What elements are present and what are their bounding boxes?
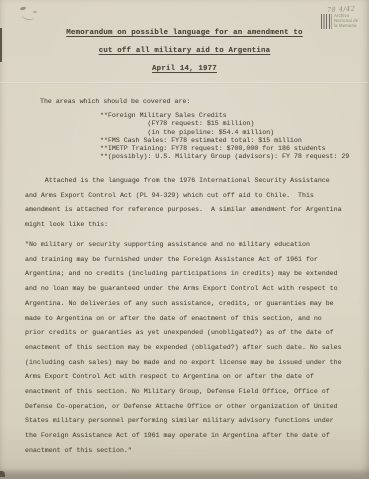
archive-stamp-text: Archivo Nacional de la Memoria <box>334 14 358 29</box>
archive-stamp: Archivo Nacional de la Memoria <box>321 14 358 29</box>
memo-date: April 14, 1977 <box>0 65 369 73</box>
paper-crease <box>0 82 369 84</box>
areas-list: **Foreign Military Sales Credits (FY78 r… <box>100 112 360 162</box>
stamp-bars-icon <box>321 14 332 29</box>
memo-title-line-1: Memorandum on possible language for an a… <box>0 29 369 37</box>
intro-paragraph: Attached is the language from the 1976 I… <box>25 174 355 233</box>
areas-intro: The areas which should be covered are: <box>40 98 190 105</box>
paper-speck <box>20 6 27 10</box>
archive-name-line: la Memoria <box>334 24 358 29</box>
document-page: 78 4/42 Archivo Nacional de la Memoria M… <box>0 0 369 479</box>
page-bottom-edge <box>0 468 369 479</box>
paper-speck <box>33 11 37 13</box>
scan-corner-mark <box>0 471 5 477</box>
memo-title-line-2: cut off all military aid to Argentina <box>0 47 369 55</box>
amendment-quote-paragraph: "No military or security supporting assi… <box>25 238 355 459</box>
